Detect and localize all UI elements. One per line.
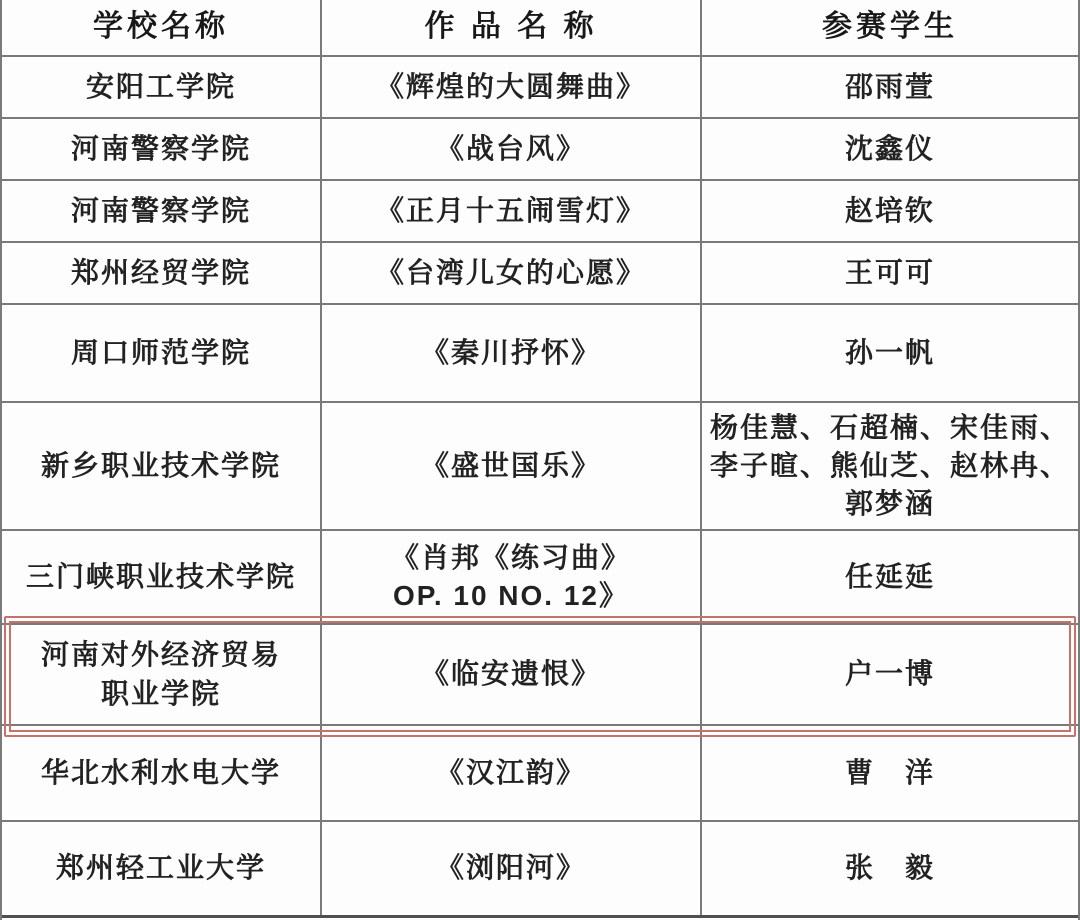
work-cell: 《肖邦《练习曲》 OP. 10 NO. 12》: [320, 531, 700, 623]
table-row: 河南警察学院 《战台风》 沈鑫仪: [2, 119, 1078, 181]
table-row: 新乡职业技术学院 《盛世国乐》 杨佳慧、石超楠、宋佳雨、 李子暄、熊仙芝、赵林冉…: [2, 403, 1078, 531]
students-cell: 杨佳慧、石超楠、宋佳雨、 李子暄、熊仙芝、赵林冉、 郭梦涵: [700, 403, 1078, 529]
students-cell: 孙一帆: [700, 305, 1078, 401]
table-row: 河南警察学院 《正月十五闹雪灯》 赵培钦: [2, 181, 1078, 243]
competition-results-table: 学校名称 作 品 名 称 参赛学生 安阳工学院 《辉煌的大圆舞曲》 邵雨萱 河南…: [0, 0, 1080, 920]
school-cell: 华北水利水电大学: [2, 726, 320, 820]
work-cell: 《台湾儿女的心愿》: [320, 243, 700, 303]
work-cell: 《浏阳河》: [320, 822, 700, 915]
students-cell: 赵培钦: [700, 181, 1078, 241]
students-cell: 沈鑫仪: [700, 119, 1078, 179]
table-row: 华北水利水电大学 《汉江韵》 曹 洋: [2, 726, 1078, 822]
work-cell: 《战台风》: [320, 119, 700, 179]
column-header-school: 学校名称: [2, 0, 320, 55]
work-cell: 《秦川抒怀》: [320, 305, 700, 401]
table-row-highlighted: 河南对外经济贸易 职业学院 《临安遗恨》 户一博: [2, 625, 1078, 726]
school-cell: 新乡职业技术学院: [2, 403, 320, 529]
column-header-students: 参赛学生: [700, 0, 1078, 55]
school-cell: 河南警察学院: [2, 119, 320, 179]
school-cell: 郑州轻工业大学: [2, 822, 320, 915]
students-cell: 邵雨萱: [700, 57, 1078, 117]
table-row: 周口师范学院 《秦川抒怀》 孙一帆: [2, 305, 1078, 403]
table-row: 安阳工学院 《辉煌的大圆舞曲》 邵雨萱: [2, 57, 1078, 119]
school-cell: 河南警察学院: [2, 181, 320, 241]
school-cell: 郑州经贸学院: [2, 243, 320, 303]
school-cell: 周口师范学院: [2, 305, 320, 401]
students-cell: 曹 洋: [700, 726, 1078, 820]
work-cell: 《正月十五闹雪灯》: [320, 181, 700, 241]
students-cell: 户一博: [700, 625, 1078, 724]
work-cell: 《汉江韵》: [320, 726, 700, 820]
school-cell: 河南对外经济贸易 职业学院: [2, 625, 320, 724]
students-cell: 张 毅: [700, 822, 1078, 915]
table-row: 郑州轻工业大学 《浏阳河》 张 毅: [2, 822, 1078, 918]
students-cell: 任延延: [700, 531, 1078, 623]
school-cell: 三门峡职业技术学院: [2, 531, 320, 623]
work-cell: 《辉煌的大圆舞曲》: [320, 57, 700, 117]
school-cell: 安阳工学院: [2, 57, 320, 117]
table-row: 三门峡职业技术学院 《肖邦《练习曲》 OP. 10 NO. 12》 任延延: [2, 531, 1078, 625]
table-row: 郑州经贸学院 《台湾儿女的心愿》 王可可: [2, 243, 1078, 305]
work-cell: 《临安遗恨》: [320, 625, 700, 724]
table-header-row: 学校名称 作 品 名 称 参赛学生: [2, 0, 1078, 57]
column-header-work: 作 品 名 称: [320, 0, 700, 55]
students-cell: 王可可: [700, 243, 1078, 303]
work-cell: 《盛世国乐》: [320, 403, 700, 529]
